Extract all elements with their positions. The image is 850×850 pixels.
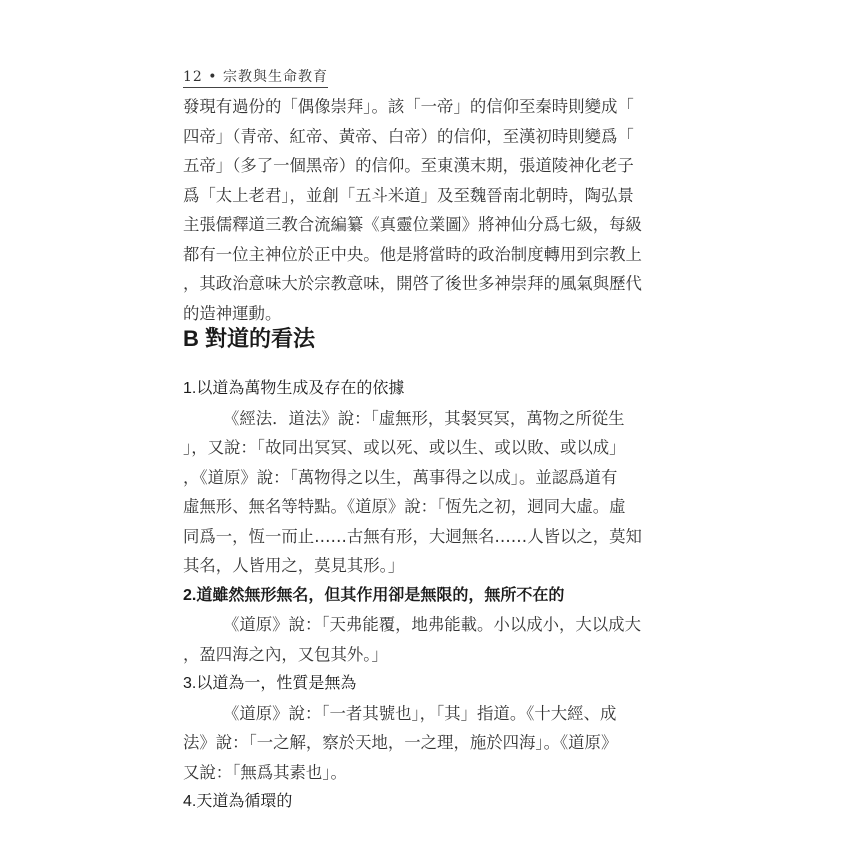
header-bullet: • [208,69,217,85]
point-heading-2: 2.道雖然無形無名，但其作用卻是無限的，無所不在的 [183,581,643,611]
text-line: 都有一位主神位於正中央。他是將當時的政治制度轉用到宗教上 [183,240,643,270]
page-number: 12 [183,69,203,85]
text-line: ，盈四海之內，又包其外。」 [183,640,643,670]
text-line: 《經法．道法》說：「虛無形，其裻冥冥，萬物之所從生 [183,404,643,434]
text-line: ，其政治意味大於宗教意味，開啓了後世多神崇拜的風氣與歷代 [183,269,643,299]
text-line: 」，又說：「故同出冥冥、或以死、或以生、或以敗、或以成」 [183,433,643,463]
point-heading-4: 4.天道為循環的 [183,787,643,817]
point-heading-1: 1.以道為萬物生成及存在的依據 [183,374,643,404]
text-line: 《道原》說：「一者其號也」，「其」指道。《十大經、成 [183,699,643,729]
text-line: ，《道原》說：「萬物得之以生，萬事得之以成」。並認爲道有 [183,463,643,493]
text-line: 《道原》說：「天弗能覆，地弗能載。小以成小，大以成大 [183,610,643,640]
text-line: 五帝」（多了一個黑帝）的信仰。至東漢末期，張道陵神化老子 [183,151,643,181]
text-line: 四帝」（青帝、紅帝、黃帝、白帝）的信仰，至漢初時則變爲「 [183,122,643,152]
text-line: 發現有過份的「偶像崇拜」。該「一帝」的信仰至秦時則變成「 [183,92,643,122]
text-line: 虛無形、無名等特點。《道原》說：「恆先之初，迵同大虛。虛 [183,492,643,522]
text-line: 同爲一，恆一而止……古無有形，大迵無名……人皆以之，莫知 [183,522,643,552]
running-header: 12 • 宗教與生命教育 [183,66,328,88]
text-line: 法》說：「一之解，察於天地，一之理，施於四海」。《道原》 [183,728,643,758]
text-line: 其名，人皆用之，莫見其形。」 [183,551,643,581]
text-line: 又說：「無爲其素也」。 [183,758,643,788]
text-line: 爲「太上老君」，並創「五斗米道」及至魏晉南北朝時，陶弘景 [183,181,643,211]
intro-paragraph: 發現有過份的「偶像崇拜」。該「一帝」的信仰至秦時則變成「 四帝」（青帝、紅帝、黃… [183,92,643,328]
section-body: 1.以道為萬物生成及存在的依據 《經法．道法》說：「虛無形，其裻冥冥，萬物之所從… [183,374,643,817]
text-line: 主張儒釋道三教合流編纂《真靈位業圖》將神仙分爲七級，每級 [183,210,643,240]
book-title: 宗教與生命教育 [223,69,328,85]
point-heading-3: 3.以道為一，性質是無為 [183,669,643,699]
section-title: B 對道的看法 [183,322,315,353]
